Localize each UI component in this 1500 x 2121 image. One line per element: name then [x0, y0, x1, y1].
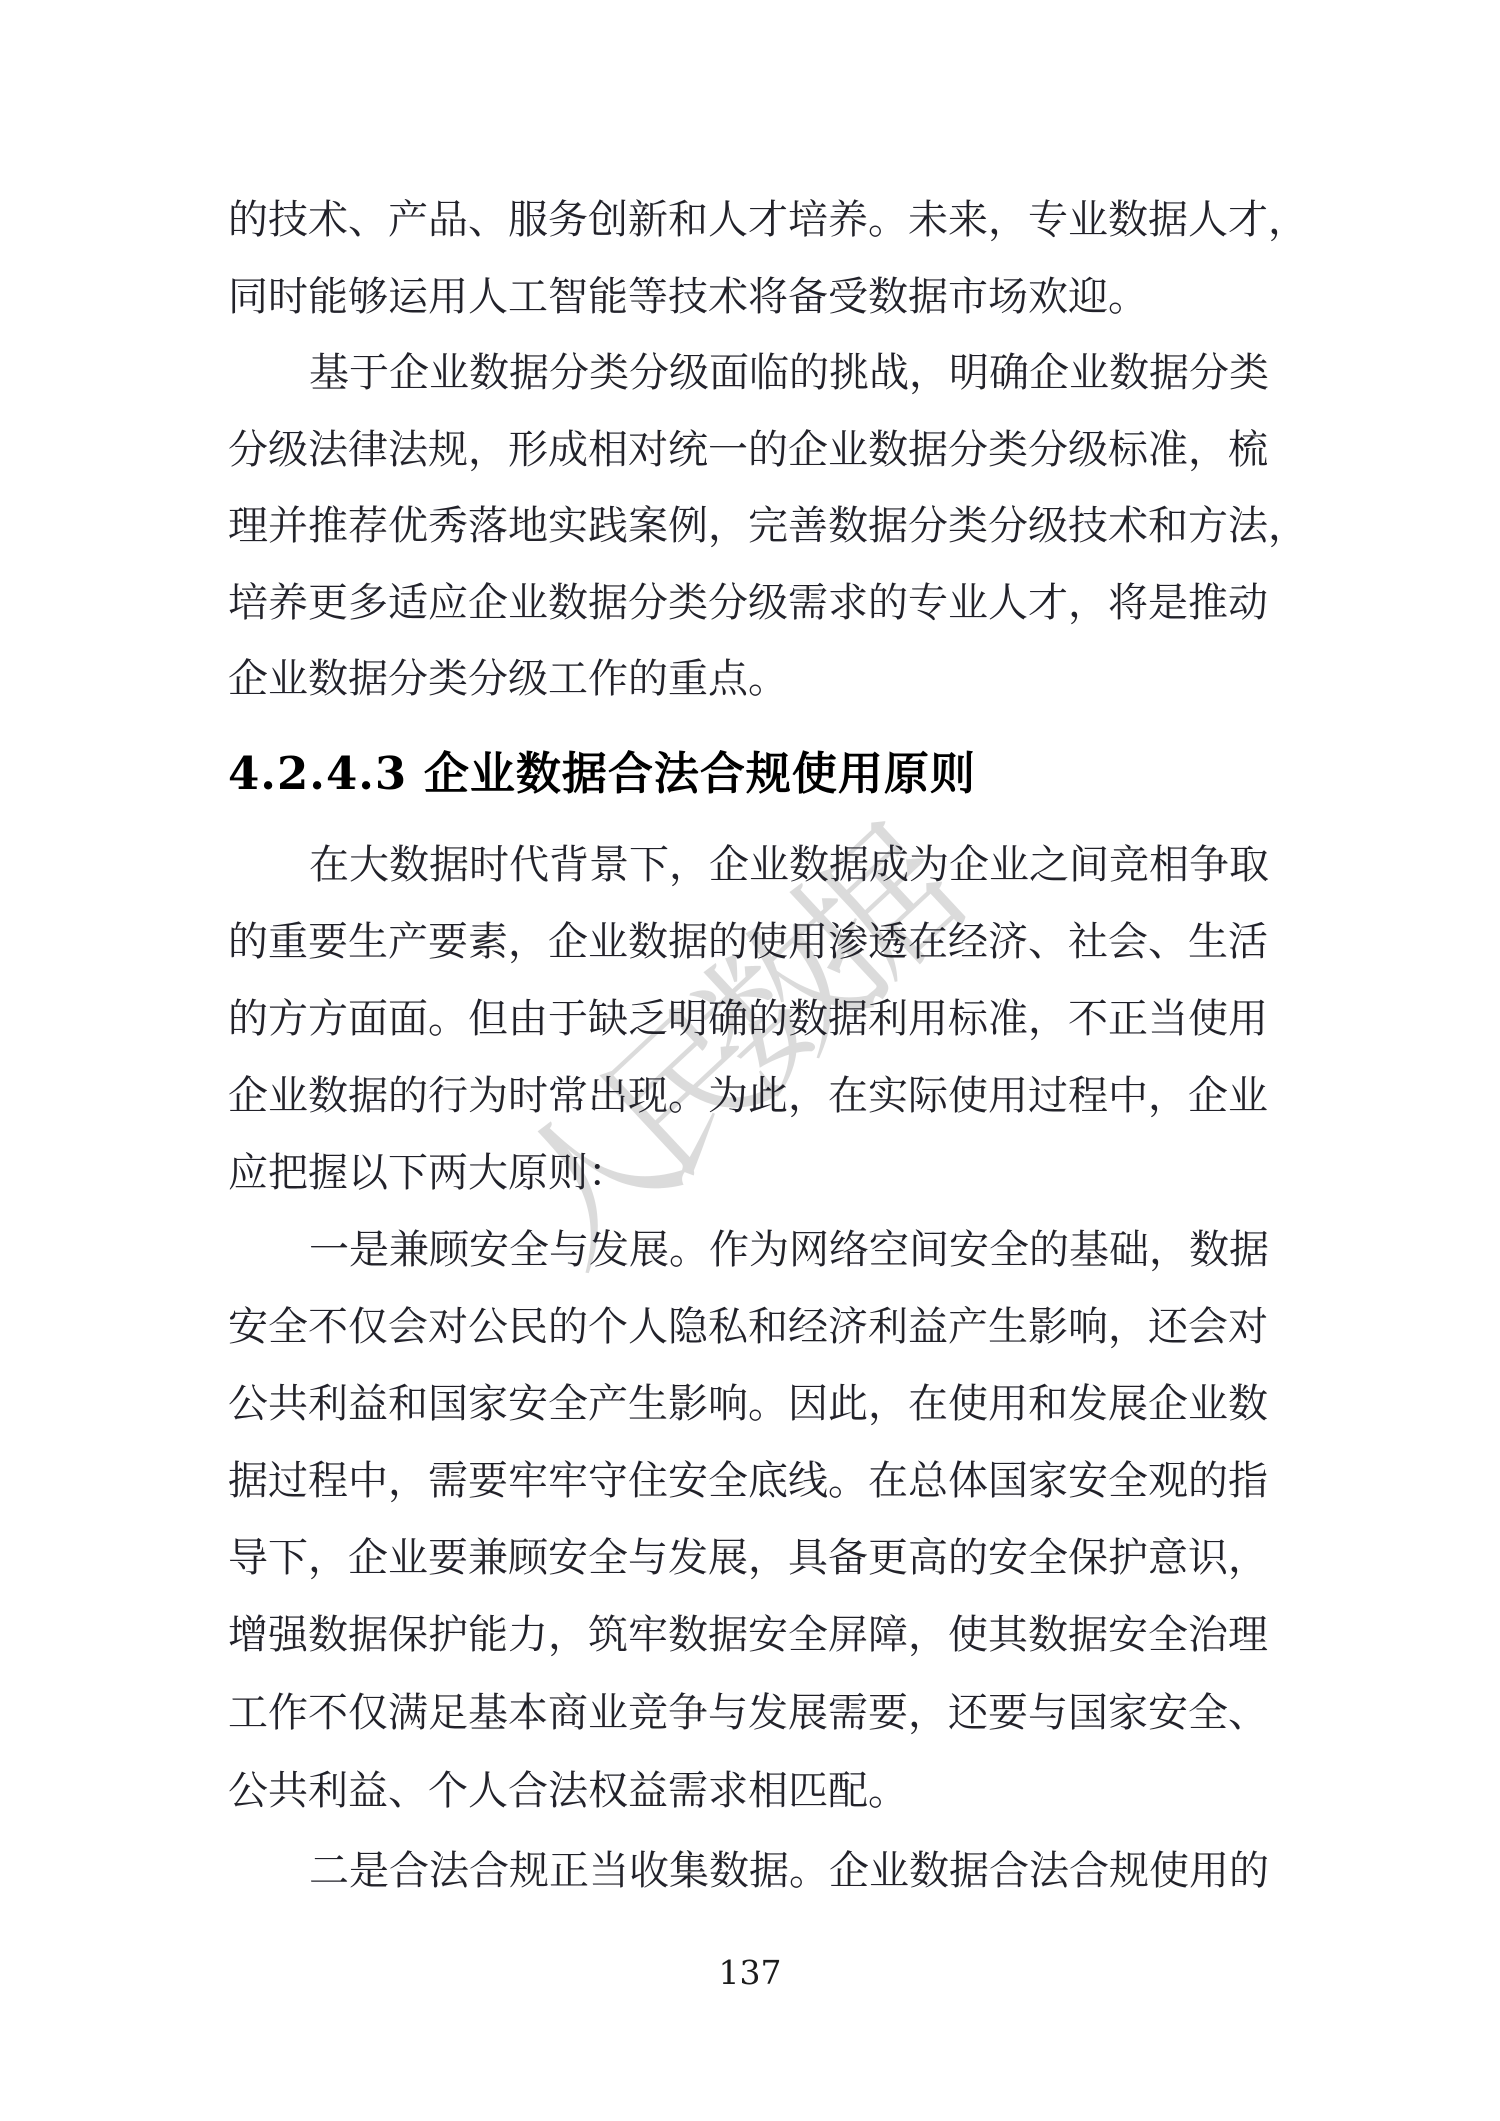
body-line: 二是合法合规正当收集数据。企业数据合法合规使用的 — [309, 1848, 1269, 1894]
body-line: 分级法律法规，形成相对统一的企业数据分类分级标准，梳 — [228, 427, 1268, 473]
text-layer: 的技术、产品、服务创新和人才培养。未来，专业数据人才， 同时能够运用人工智能等技… — [0, 0, 1500, 2121]
body-line: 增强数据保护能力，筑牢数据安全屏障，使其数据安全治理 — [228, 1612, 1268, 1658]
section-heading: 4.2.4.3 企业数据合法合规使用原则 — [228, 748, 976, 800]
body-line: 同时能够运用人工智能等技术将备受数据市场欢迎。 — [228, 274, 1148, 320]
page-number: 137 — [0, 1953, 1500, 1992]
body-line: 导下，企业要兼顾安全与发展，具备更高的安全保护意识， — [228, 1535, 1268, 1581]
body-line: 企业数据的行为时常出现。为此，在实际使用过程中，企业 — [228, 1073, 1268, 1119]
body-line: 工作不仅满足基本商业竞争与发展需要，还要与国家安全、 — [228, 1690, 1268, 1736]
body-line: 据过程中，需要牢牢守住安全底线。在总体国家安全观的指 — [228, 1458, 1268, 1504]
body-line: 安全不仅会对公民的个人隐私和经济利益产生影响，还会对 — [228, 1304, 1268, 1350]
document-page: 人民数据 的技术、产品、服务创新和人才培养。未来，专业数据人才， 同时能够运用人… — [0, 0, 1500, 2121]
body-line: 培养更多适应企业数据分类分级需求的专业人才，将是推动 — [228, 580, 1268, 626]
body-line: 公共利益和国家安全产生影响。因此，在使用和发展企业数 — [228, 1381, 1268, 1427]
body-line: 的技术、产品、服务创新和人才培养。未来，专业数据人才， — [228, 197, 1308, 243]
body-line: 的方方面面。但由于缺乏明确的数据利用标准，不正当使用 — [228, 996, 1268, 1042]
body-line: 一是兼顾安全与发展。作为网络空间安全的基础，数据 — [309, 1227, 1269, 1273]
body-line: 公共利益、个人合法权益需求相匹配。 — [228, 1768, 908, 1814]
body-line: 基于企业数据分类分级面临的挑战，明确企业数据分类 — [309, 350, 1269, 396]
body-line: 理并推荐优秀落地实践案例，完善数据分类分级技术和方法， — [228, 503, 1308, 549]
body-line: 的重要生产要素，企业数据的使用渗透在经济、社会、生活 — [228, 919, 1268, 965]
body-line: 应把握以下两大原则： — [228, 1150, 628, 1196]
body-line: 在大数据时代背景下，企业数据成为企业之间竞相争取 — [309, 842, 1269, 888]
body-line: 企业数据分类分级工作的重点。 — [228, 656, 788, 702]
